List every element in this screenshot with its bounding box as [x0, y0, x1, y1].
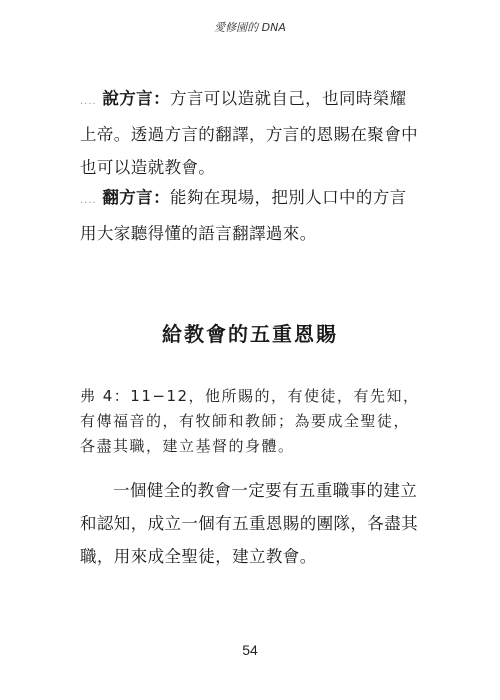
gift-term: 翻方言 — [102, 188, 153, 207]
gift-item-speaking-tongues: .... 說方言：方言可以造就自己，也同時榮耀上帝。透過方言的翻譯，方言的恩賜在… — [80, 82, 420, 184]
page-number: 54 — [0, 642, 500, 658]
running-header: 愛修園的 DNA — [0, 19, 500, 35]
scripture-quote: 弗 4：11−12，他所賜的，有使徒，有先知，有傳福音的，有牧師和教師；為要成全… — [80, 384, 425, 459]
leader-dots: .... — [80, 195, 97, 206]
gift-item-interpreting-tongues: .... 翻方言：能夠在現場，把別人口中的方言用大家聽得懂的語言翻譯過來。 — [80, 181, 420, 250]
term-colon: ： — [153, 188, 170, 207]
gift-term: 說方言 — [102, 89, 153, 108]
leader-dots: .... — [80, 96, 97, 107]
section-title: 給教會的五重恩賜 — [0, 318, 500, 347]
body-paragraph: 一個健全的教會一定要有五重職事的建立和認知，成立一個有五重恩賜的團隊，各盡其職，… — [80, 474, 420, 573]
term-colon: ： — [153, 89, 170, 108]
